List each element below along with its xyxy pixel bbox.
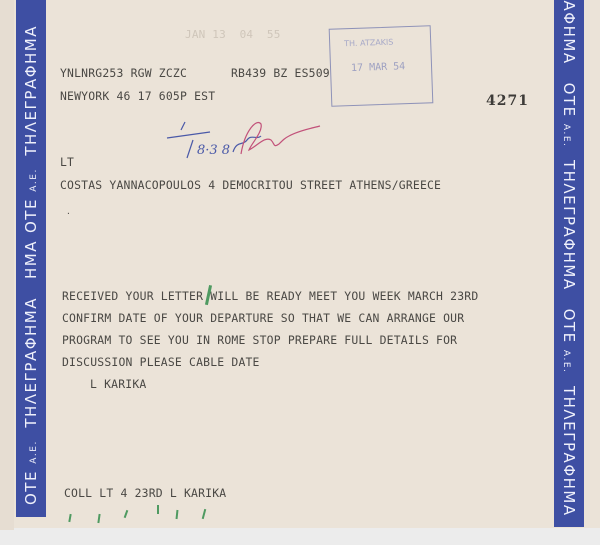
header-routing: YNLNRG253 RGW ZCZC [60,66,187,80]
band-label: ΟΤΕ Α.Ε. ΤΗΛΕΓΡΑΦΗΜΑΗΜΑ [22,240,40,505]
dot-mark: . [66,207,71,216]
paper-edge [0,0,14,530]
green-tick-mark [157,505,159,514]
right-telegram-band: ΡΑΦΗΜΑΟΤΕ Α.Ε. ΤΗΛΕΓΡΑΦΗΜΑΟΤΕ Α.Ε. ΤΗΛΕΓ… [554,0,584,527]
background [0,528,600,545]
band-label: ΟΤΕ Α.Ε. ΤΗΛΕΓΡΑΦΗΜΑ [22,25,40,233]
svg-text:8·3 8: 8·3 8 [197,143,230,158]
message-line: PROGRAM TO SEE YOU IN ROME STOP PREPARE … [62,333,457,347]
header-reference: RB439 BZ ES509 [231,66,330,80]
received-stamp: TH. ATZAKIS 17 MAR 54 [329,25,434,107]
header-origin: NEWYORK 46 17 605P EST [60,89,215,103]
handwritten-annotation: 8·3 8 [165,110,325,174]
stamp-name: TH. ATZAKIS [344,38,394,49]
message-line: CONFIRM DATE OF YOUR DEPARTURE SO THAT W… [62,311,464,325]
stamp-date: 17 MAR 54 [351,61,406,74]
faint-date-header: JAN 13 04 55 [185,28,281,41]
left-telegram-band: ΟΤΕ Α.Ε. ΤΗΛΕΓΡΑΦΗΜΑ ΟΤΕ Α.Ε. ΤΗΛΕΓΡΑΦΗΜ… [16,0,46,517]
message-line: DISCUSSION PLEASE CABLE DATE [62,355,260,369]
service-indicator: LT [60,155,74,169]
serial-number: 4271 [486,93,529,109]
signature: L KARIKA [90,377,146,391]
recipient-address: COSTAS YANNACOPOULOS 4 DEMOCRITOU STREET… [60,178,441,192]
message-line: RECEIVED YOUR LETTER WILL BE READY MEET … [62,289,478,303]
band-label: ΡΑΦΗΜΑΟΤΕ Α.Ε. ΤΗΛΕΓΡΑΦΗΜΑΟΤΕ Α.Ε. ΤΗΛΕΓ… [560,0,578,517]
collation-line: COLL LT 4 23RD L KARIKA [64,486,226,500]
